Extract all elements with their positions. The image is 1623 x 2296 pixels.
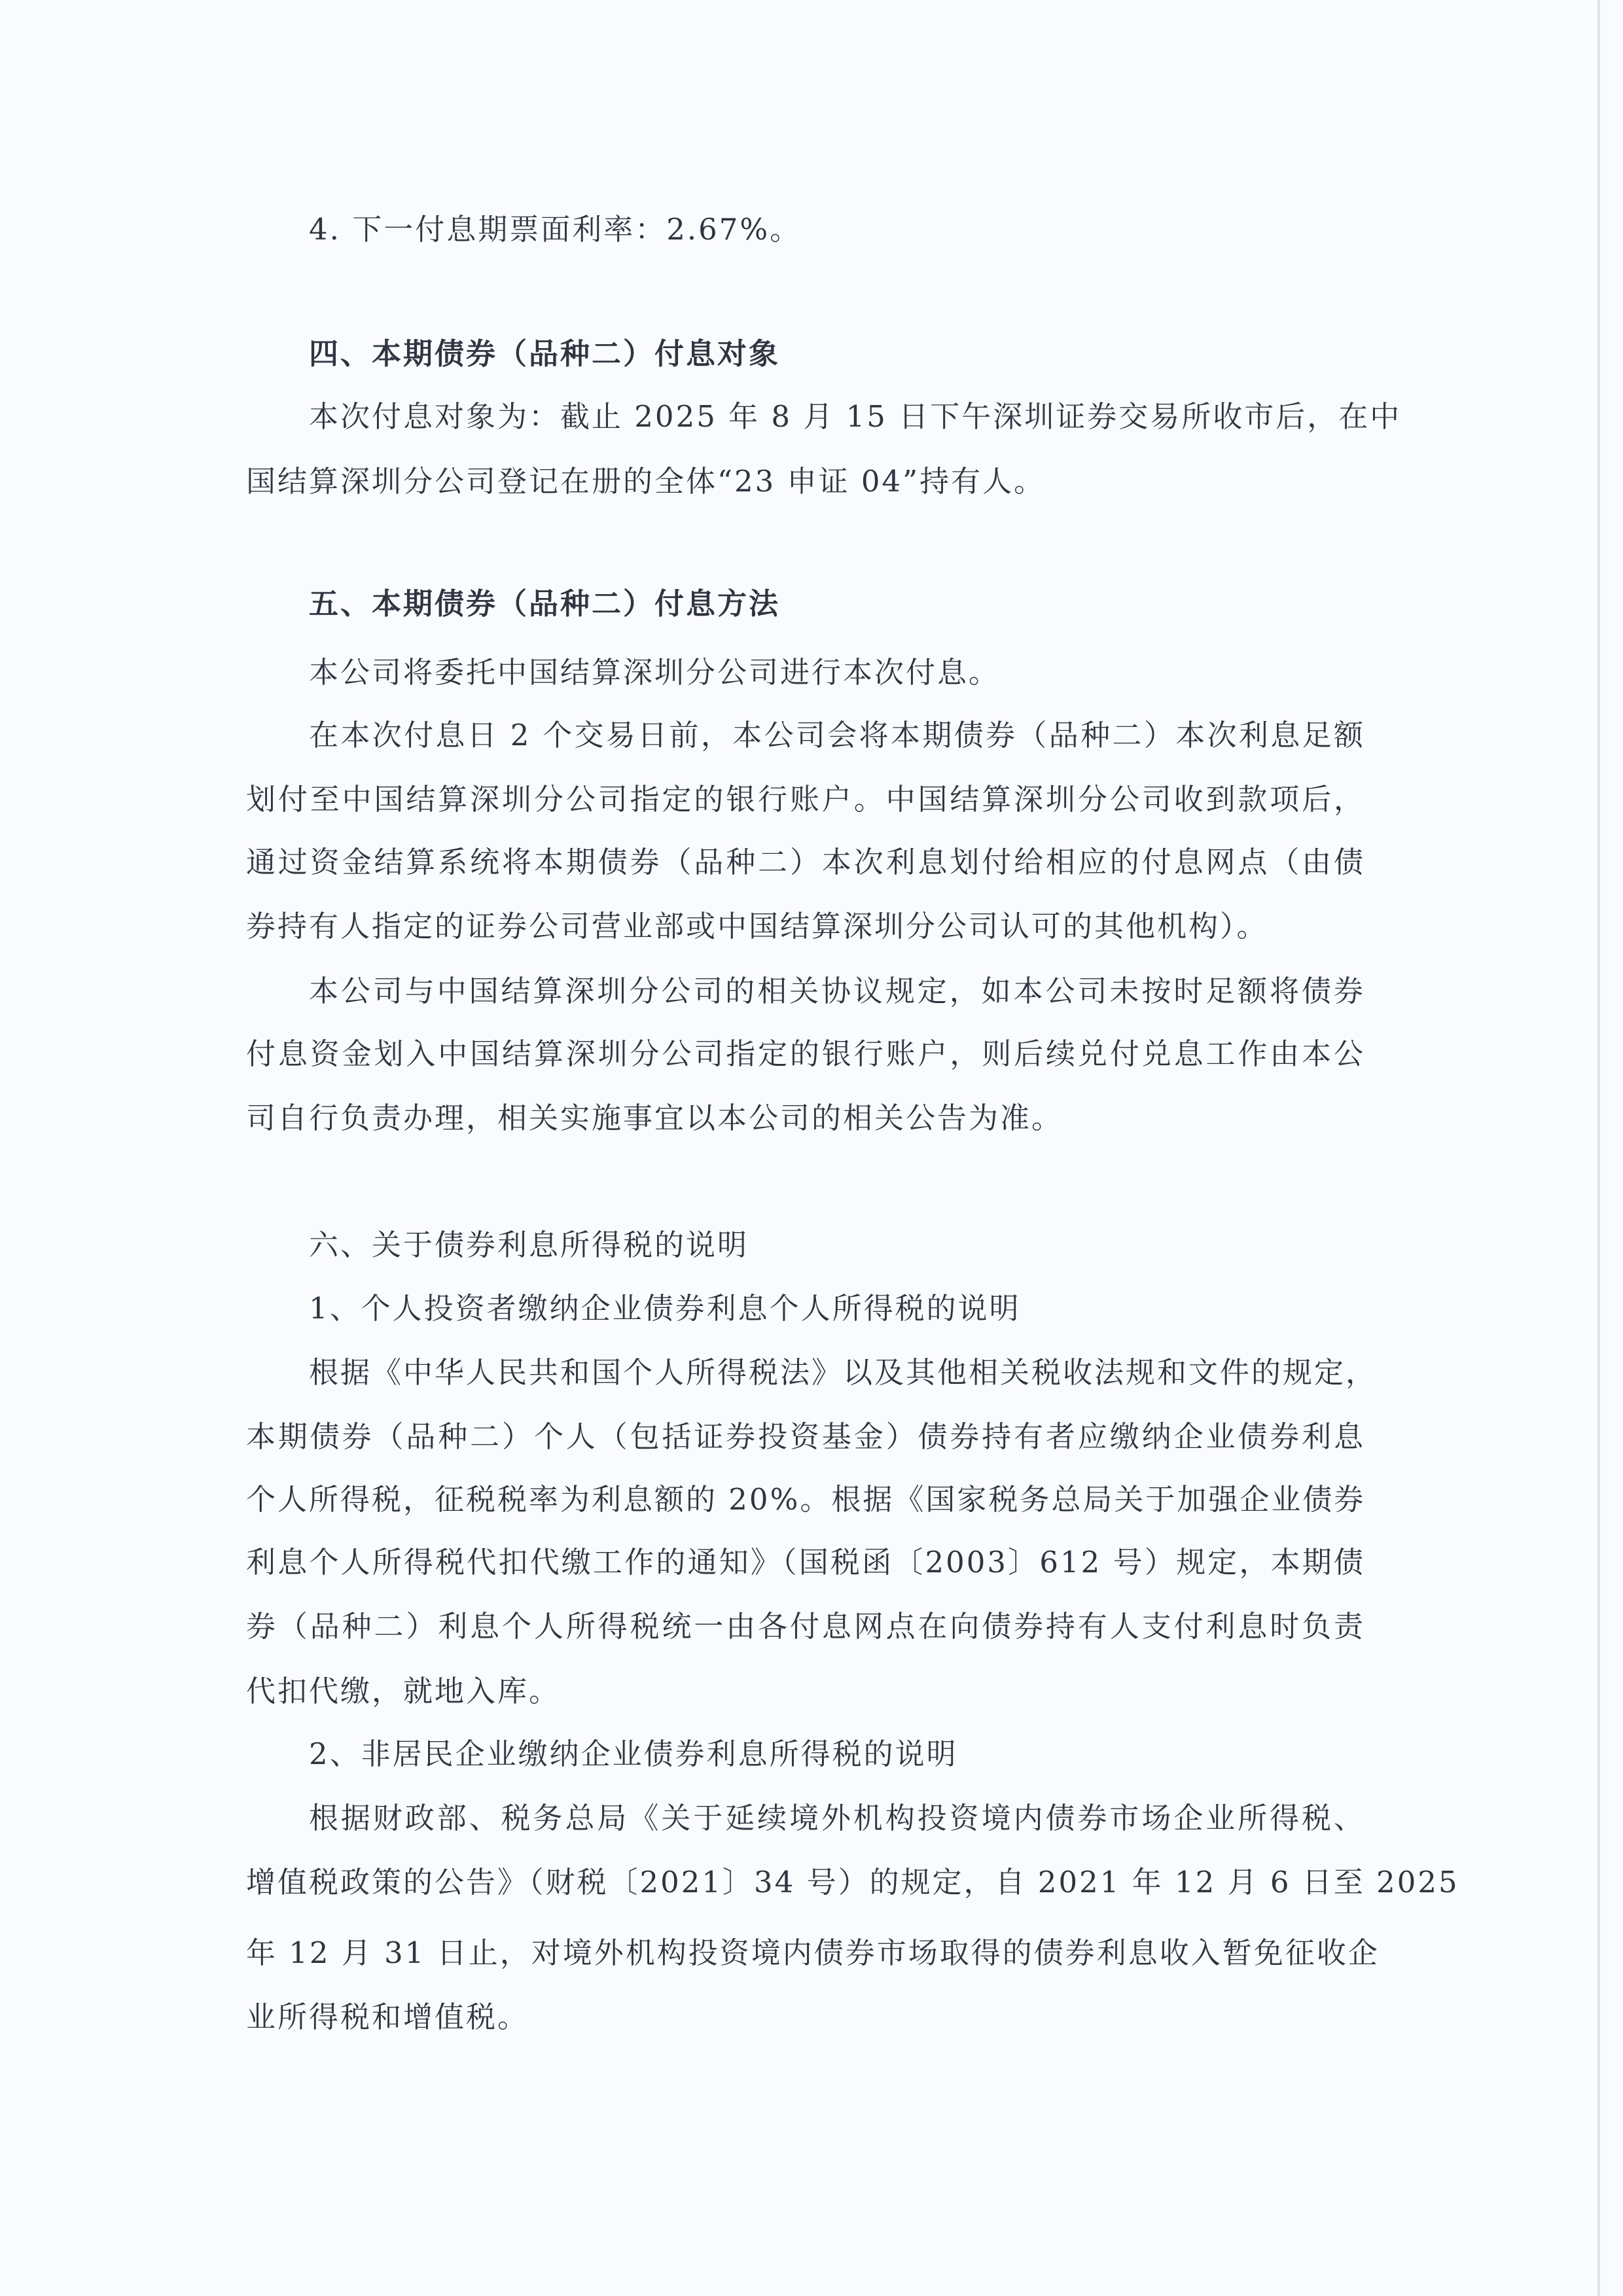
section-5-paragraph-line: 券持有人指定的证券公司营业部或中国结算深圳分公司认可的其他机构）。	[246, 907, 1365, 946]
section-6-sub-1-line: 代扣代缴，就地入库。	[246, 1672, 1365, 1711]
section-6-sub-2-heading: 2、非居民企业缴纳企业债券利息所得税的说明	[309, 1735, 1365, 1774]
section-6-sub-1-line: 个人所得税，征税税率为利息额的 20%。根据《国家税务总局关于加强企业债券	[246, 1480, 1365, 1519]
section-6-sub-1-line: 本期债券（品种二）个人（包括证券投资基金）债券持有者应缴纳企业债券利息	[246, 1417, 1365, 1457]
section-5-paragraph-line: 付息资金划入中国结算深圳分公司指定的银行账户，则后续兑付兑息工作由本公	[246, 1034, 1365, 1074]
section-6-sub-2-line: 业所得税和增值税。	[246, 1998, 1365, 2037]
section-6-sub-1-line: 根据《中华人民共和国个人所得税法》以及其他相关税收法规和文件的规定，	[309, 1353, 1365, 1392]
section-5-paragraph-line: 本公司与中国结算深圳分公司的相关协议规定，如本公司未按时足额将债券	[309, 972, 1365, 1011]
coupon-rate-item: 4. 下一付息期票面利率：2.67%。	[309, 210, 1365, 249]
scan-edge-line	[1597, 0, 1600, 2296]
section-6-sub-1-line: 利息个人所得税代扣代缴工作的通知》（国税函〔2003〕612 号）规定，本期债	[246, 1543, 1365, 1582]
section-6-sub-1-line: 券（品种二）利息个人所得税统一由各付息网点在向债券持有人支付利息时负责	[246, 1607, 1365, 1646]
section-5-heading: 五、本期债券（品种二）付息方法	[309, 584, 1365, 624]
section-5-paragraph-line: 在本次付息日 2 个交易日前，本公司会将本期债券（品种二）本次利息足额	[309, 716, 1365, 755]
section-6-sub-1-heading: 1、个人投资者缴纳企业债券利息个人所得税的说明	[309, 1289, 1365, 1328]
section-6-sub-2-line: 年 12 月 31 日止，对境外机构投资境内债券市场取得的债券利息收入暂免征收企	[246, 1934, 1365, 1973]
section-4-paragraph-line: 本次付息对象为：截止 2025 年 8 月 15 日下午深圳证券交易所收市后，在…	[309, 397, 1365, 436]
section-4-heading: 四、本期债券（品种二）付息对象	[309, 334, 1365, 374]
section-5-paragraph-line: 司自行负责办理，相关实施事宜以本公司的相关公告为准。	[246, 1099, 1365, 1138]
section-5-paragraph-line: 通过资金结算系统将本期债券（品种二）本次利息划付给相应的付息网点（由债	[246, 843, 1365, 882]
section-6-sub-2-line: 根据财政部、税务总局《关于延续境外机构投资境内债券市场企业所得税、	[309, 1799, 1365, 1838]
section-5-paragraph-line: 本公司将委托中国结算深圳分公司进行本次付息。	[309, 653, 1365, 692]
scanned-document-page: 4. 下一付息期票面利率：2.67%。 四、本期债券（品种二）付息对象 本次付息…	[0, 0, 1623, 2296]
section-6-heading: 六、关于债券利息所得税的说明	[309, 1226, 1365, 1265]
section-4-paragraph-line: 国结算深圳分公司登记在册的全体“23 申证 04”持有人。	[246, 462, 1365, 501]
section-6-sub-2-line: 增值税政策的公告》（财税〔2021〕34 号）的规定，自 2021 年 12 月…	[246, 1863, 1365, 1902]
section-5-paragraph-line: 划付至中国结算深圳分公司指定的银行账户。中国结算深圳分公司收到款项后，	[246, 780, 1365, 819]
